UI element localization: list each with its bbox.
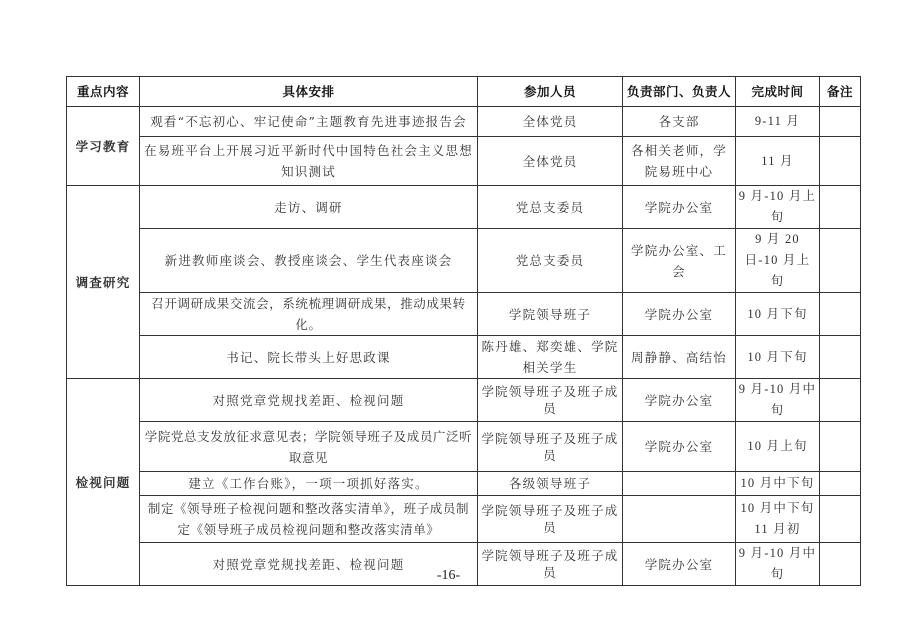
arrangement-cell: 走访、调研 [140,186,478,229]
department-cell: 学院办公室 [623,186,736,229]
participants-cell: 学院领导班子及班子成员 [478,422,623,472]
department-cell: 学院办公室、工会 [623,229,736,293]
deadline-cell: 10 月中下旬 11 月初 [736,496,820,543]
remark-cell [820,379,861,422]
section-label: 调查研究 [67,186,140,379]
remark-cell [820,496,861,543]
section-label: 检视问题 [67,379,140,586]
table-row: 建立《工作台账》，一项一项抓好落实。 各级领导班子 10 月中下旬 [67,472,861,496]
header-remark: 备注 [820,77,861,107]
table-row: 新进教师座谈会、教授座谈会、学生代表座谈会 党总支委员 学院办公室、工会 9 月… [67,229,861,293]
deadline-cell: 10 月中下旬 [736,472,820,496]
header-participants: 参加人员 [478,77,623,107]
deadline-cell: 9-11 月 [736,107,820,137]
remark-cell [820,293,861,336]
table-row: 在易班平台上开展习近平新时代中国特色社会主义思想知识测试 全体党员 各相关老师，… [67,137,861,186]
arrangement-cell: 观看“不忘初心、牢记使命”主题教育先进事迹报告会 [140,107,478,137]
arrangement-cell: 在易班平台上开展习近平新时代中国特色社会主义思想知识测试 [140,137,478,186]
participants-cell: 陈丹雄、郑奕雄、学院相关学生 [478,336,623,379]
page-number: -16- [0,568,897,584]
participants-cell: 学院领导班子及班子成员 [478,496,623,543]
document-page: 重点内容 具体安排 参加人员 负责部门、负责人 完成时间 备注 学习教育 观看“… [0,0,897,626]
participants-cell: 学院领导班子及班子成员 [478,379,623,422]
deadline-cell: 10 月上旬 [736,422,820,472]
table-row: 制定《领导班子检视问题和整改落实清单》，班子成员制定《领导班子成员检视问题和整改… [67,496,861,543]
header-arrangement: 具体安排 [140,77,478,107]
table-header-row: 重点内容 具体安排 参加人员 负责部门、负责人 完成时间 备注 [67,77,861,107]
department-cell [623,496,736,543]
remark-cell [820,229,861,293]
table-row: 书记、院长带头上好思政课 陈丹雄、郑奕雄、学院相关学生 周静静、高结怡 10 月… [67,336,861,379]
header-deadline: 完成时间 [736,77,820,107]
remark-cell [820,472,861,496]
participants-cell: 全体党员 [478,107,623,137]
table-row: 学习教育 观看“不忘初心、牢记使命”主题教育先进事迹报告会 全体党员 各支部 9… [67,107,861,137]
table-row: 调查研究 走访、调研 党总支委员 学院办公室 9 月-10 月上旬 [67,186,861,229]
remark-cell [820,107,861,137]
remark-cell [820,137,861,186]
arrangement-cell: 召开调研成果交流会，系统梳理调研成果，推动成果转化。 [140,293,478,336]
arrangement-cell: 学院党总支发放征求意见表；学院领导班子及成员广泛听取意见 [140,422,478,472]
participants-cell: 党总支委员 [478,186,623,229]
department-cell: 各支部 [623,107,736,137]
department-cell: 学院办公室 [623,293,736,336]
remark-cell [820,422,861,472]
department-cell: 学院办公室 [623,422,736,472]
department-cell: 各相关老师，学院易班中心 [623,137,736,186]
arrangement-cell: 制定《领导班子检视问题和整改落实清单》，班子成员制定《领导班子成员检视问题和整改… [140,496,478,543]
remark-cell [820,336,861,379]
arrangement-cell: 建立《工作台账》，一项一项抓好落实。 [140,472,478,496]
table-row: 召开调研成果交流会，系统梳理调研成果，推动成果转化。 学院领导班子 学院办公室 … [67,293,861,336]
department-cell [623,472,736,496]
deadline-cell: 10 月下旬 [736,293,820,336]
table-row: 学院党总支发放征求意见表；学院领导班子及成员广泛听取意见 学院领导班子及班子成员… [67,422,861,472]
participants-cell: 党总支委员 [478,229,623,293]
table-row: 检视问题 对照党章党规找差距、检视问题 学院领导班子及班子成员 学院办公室 9 … [67,379,861,422]
work-plan-table: 重点内容 具体安排 参加人员 负责部门、负责人 完成时间 备注 学习教育 观看“… [66,76,861,586]
deadline-cell: 9 月-10 月中旬 [736,379,820,422]
arrangement-cell: 对照党章党规找差距、检视问题 [140,379,478,422]
deadline-cell: 9 月-10 月上旬 [736,186,820,229]
department-cell: 学院办公室 [623,379,736,422]
deadline-cell: 10 月下旬 [736,336,820,379]
participants-cell: 学院领导班子 [478,293,623,336]
arrangement-cell: 新进教师座谈会、教授座谈会、学生代表座谈会 [140,229,478,293]
remark-cell [820,186,861,229]
header-key-content: 重点内容 [67,77,140,107]
header-department: 负责部门、负责人 [623,77,736,107]
participants-cell: 全体党员 [478,137,623,186]
participants-cell: 各级领导班子 [478,472,623,496]
deadline-cell: 9 月 20 日-10 月上旬 [736,229,820,293]
section-label: 学习教育 [67,107,140,186]
arrangement-cell: 书记、院长带头上好思政课 [140,336,478,379]
deadline-cell: 11 月 [736,137,820,186]
department-cell: 周静静、高结怡 [623,336,736,379]
